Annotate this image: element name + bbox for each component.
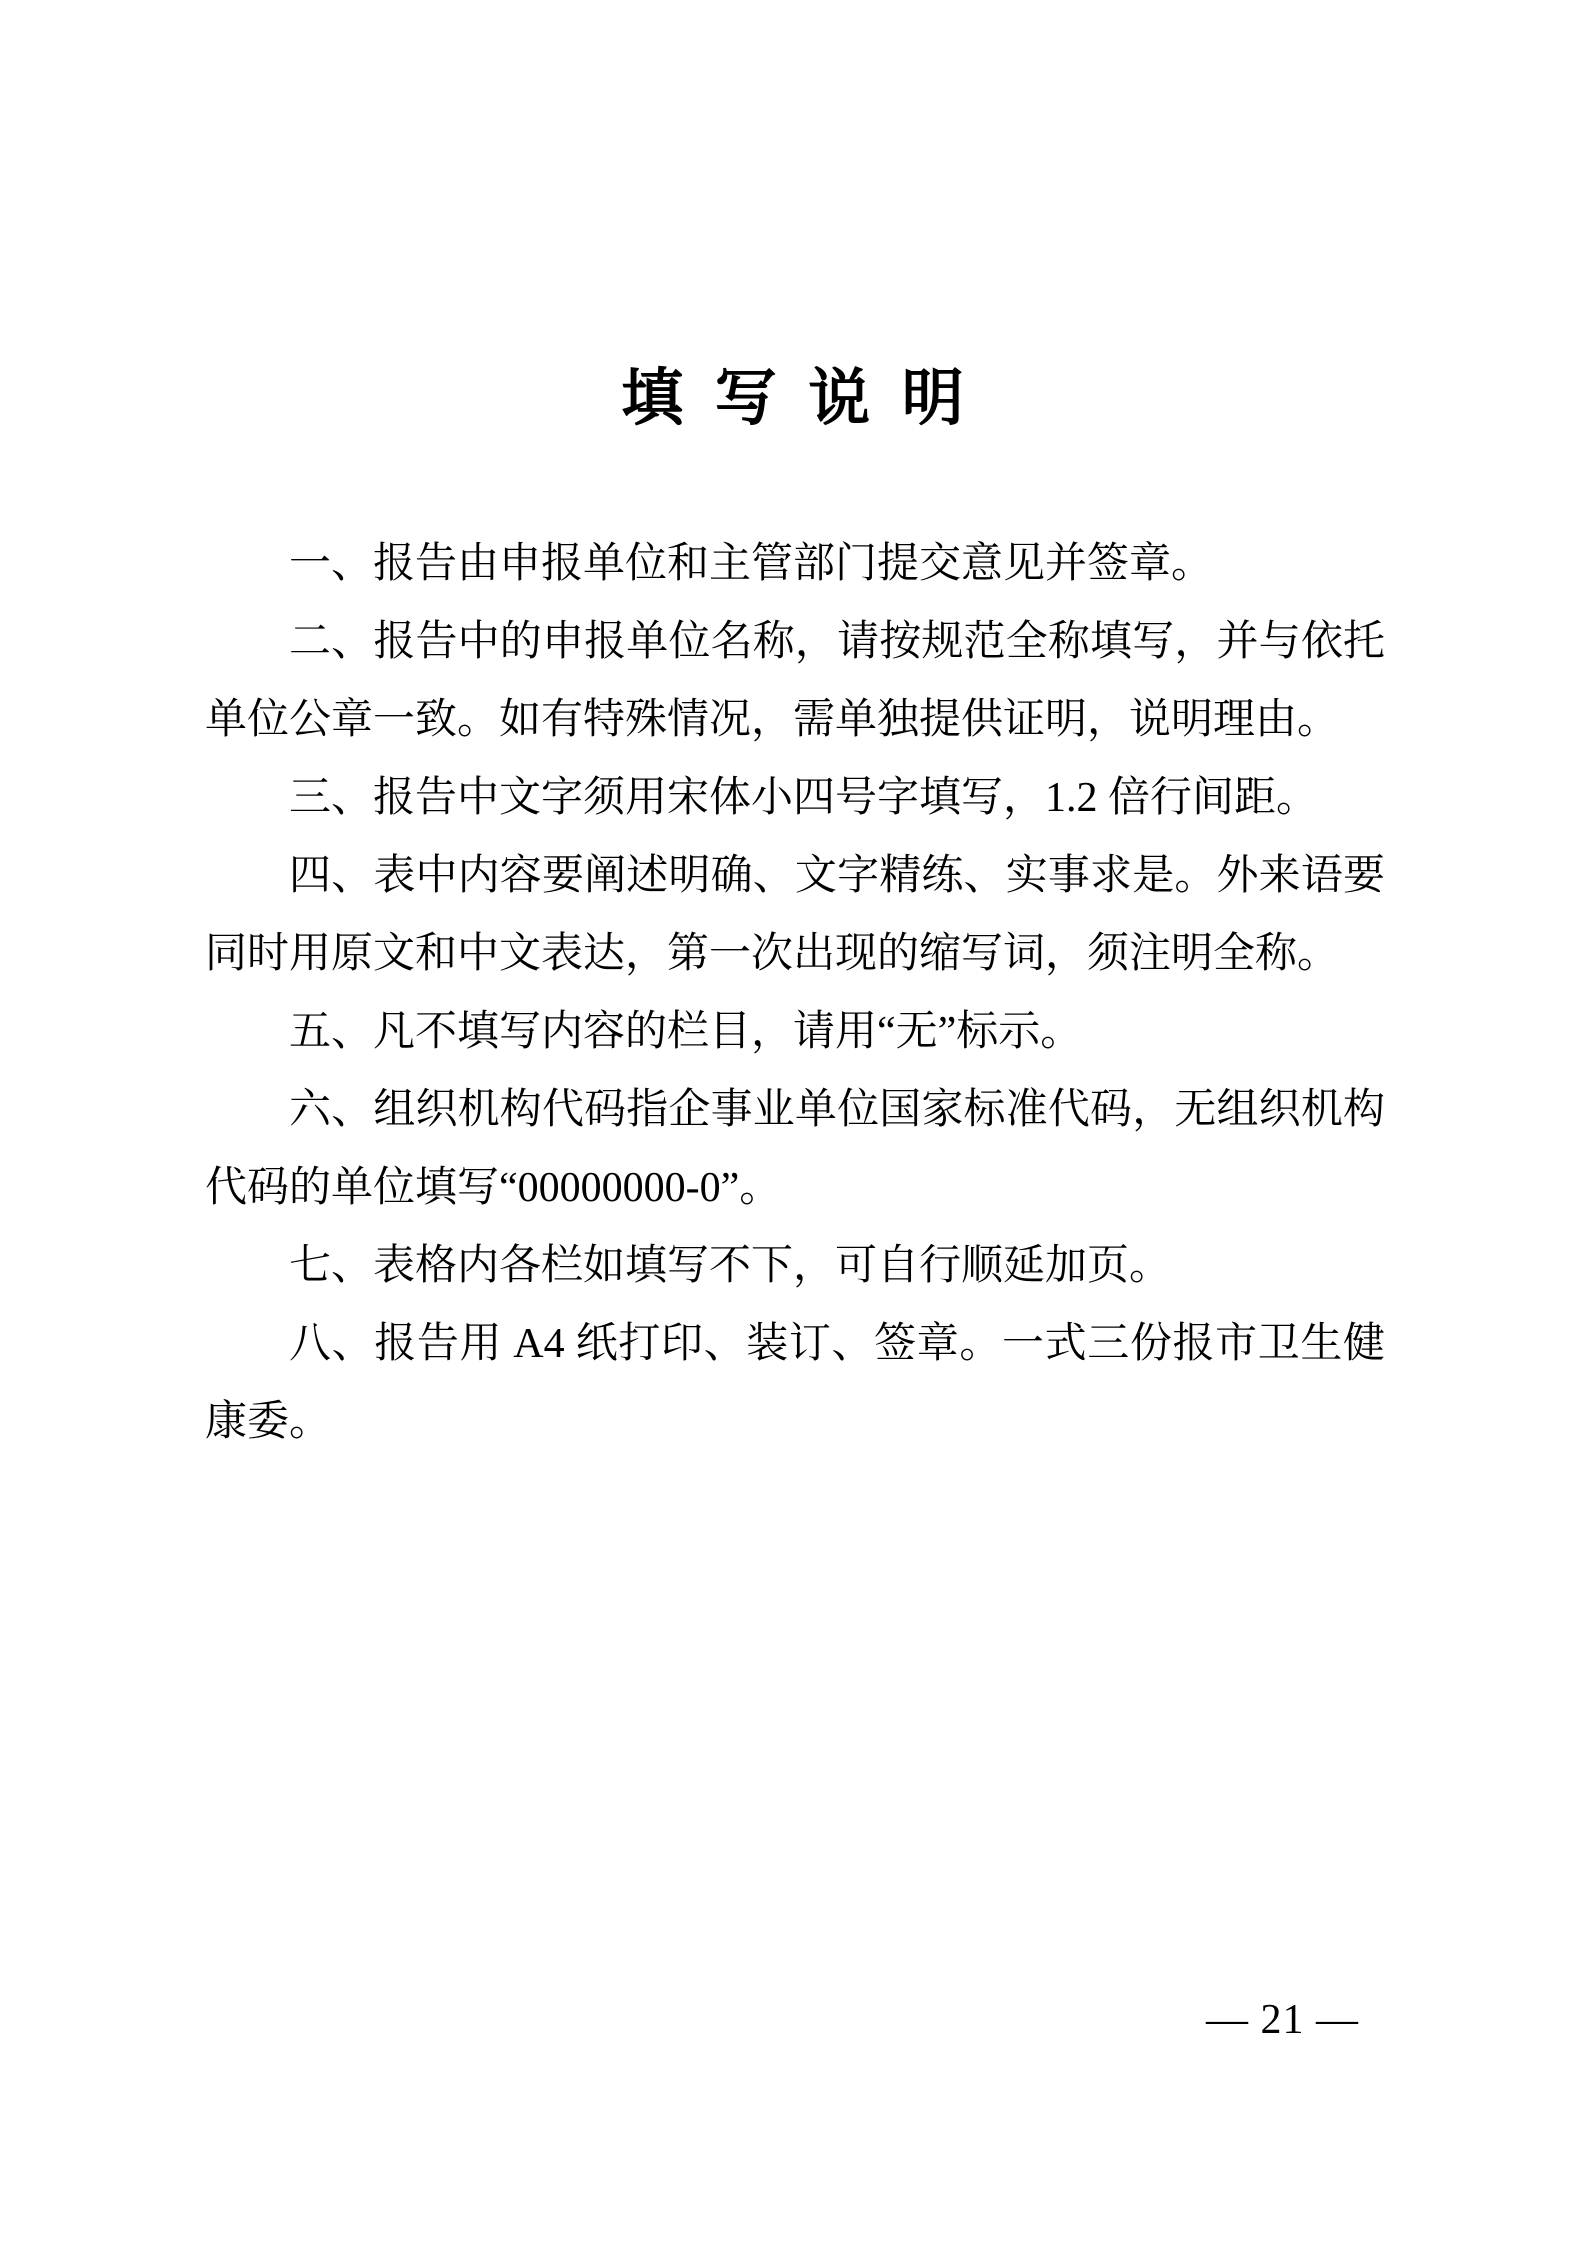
instructions: 一、报告由申报单位和主管部门提交意见并签章。二、报告中的申报单位名称，请按规范全… (205, 525, 1385, 1461)
instruction-line: 同时用原文和中文表达，第一次出现的缩写词，须注明全称。 (205, 915, 1385, 993)
instruction-line: 四、表中内容要阐述明确、文字精练、实事求是。外来语要 (205, 837, 1385, 915)
instruction-line: 一、报告由申报单位和主管部门提交意见并签章。 (205, 525, 1385, 603)
document-page: 填 写 说 明 一、报告由申报单位和主管部门提交意见并签章。二、报告中的申报单位… (0, 0, 1587, 2245)
instruction-line: 单位公章一致。如有特殊情况，需单独提供证明，说明理由。 (205, 681, 1385, 759)
instruction-line: 六、组织机构代码指企事业单位国家标准代码，无组织机构 (205, 1071, 1385, 1149)
page-number: — 21 — (1206, 1996, 1359, 2044)
page-title: 填 写 说 明 (0, 348, 1587, 437)
instruction-line: 康委。 (205, 1383, 1385, 1461)
instruction-line: 七、表格内各栏如填写不下，可自行顺延加页。 (205, 1227, 1385, 1305)
instruction-line: 二、报告中的申报单位名称，请按规范全称填写，并与依托 (205, 603, 1385, 681)
instruction-line: 五、凡不填写内容的栏目，请用“无”标示。 (205, 993, 1385, 1071)
instruction-line: 代码的单位填写“00000000-0”。 (205, 1149, 1385, 1227)
instruction-line: 三、报告中文字须用宋体小四号字填写，1.2 倍行间距。 (205, 759, 1385, 837)
instruction-line: 八、报告用 A4 纸打印、装订、签章。一式三份报市卫生健 (205, 1305, 1385, 1383)
